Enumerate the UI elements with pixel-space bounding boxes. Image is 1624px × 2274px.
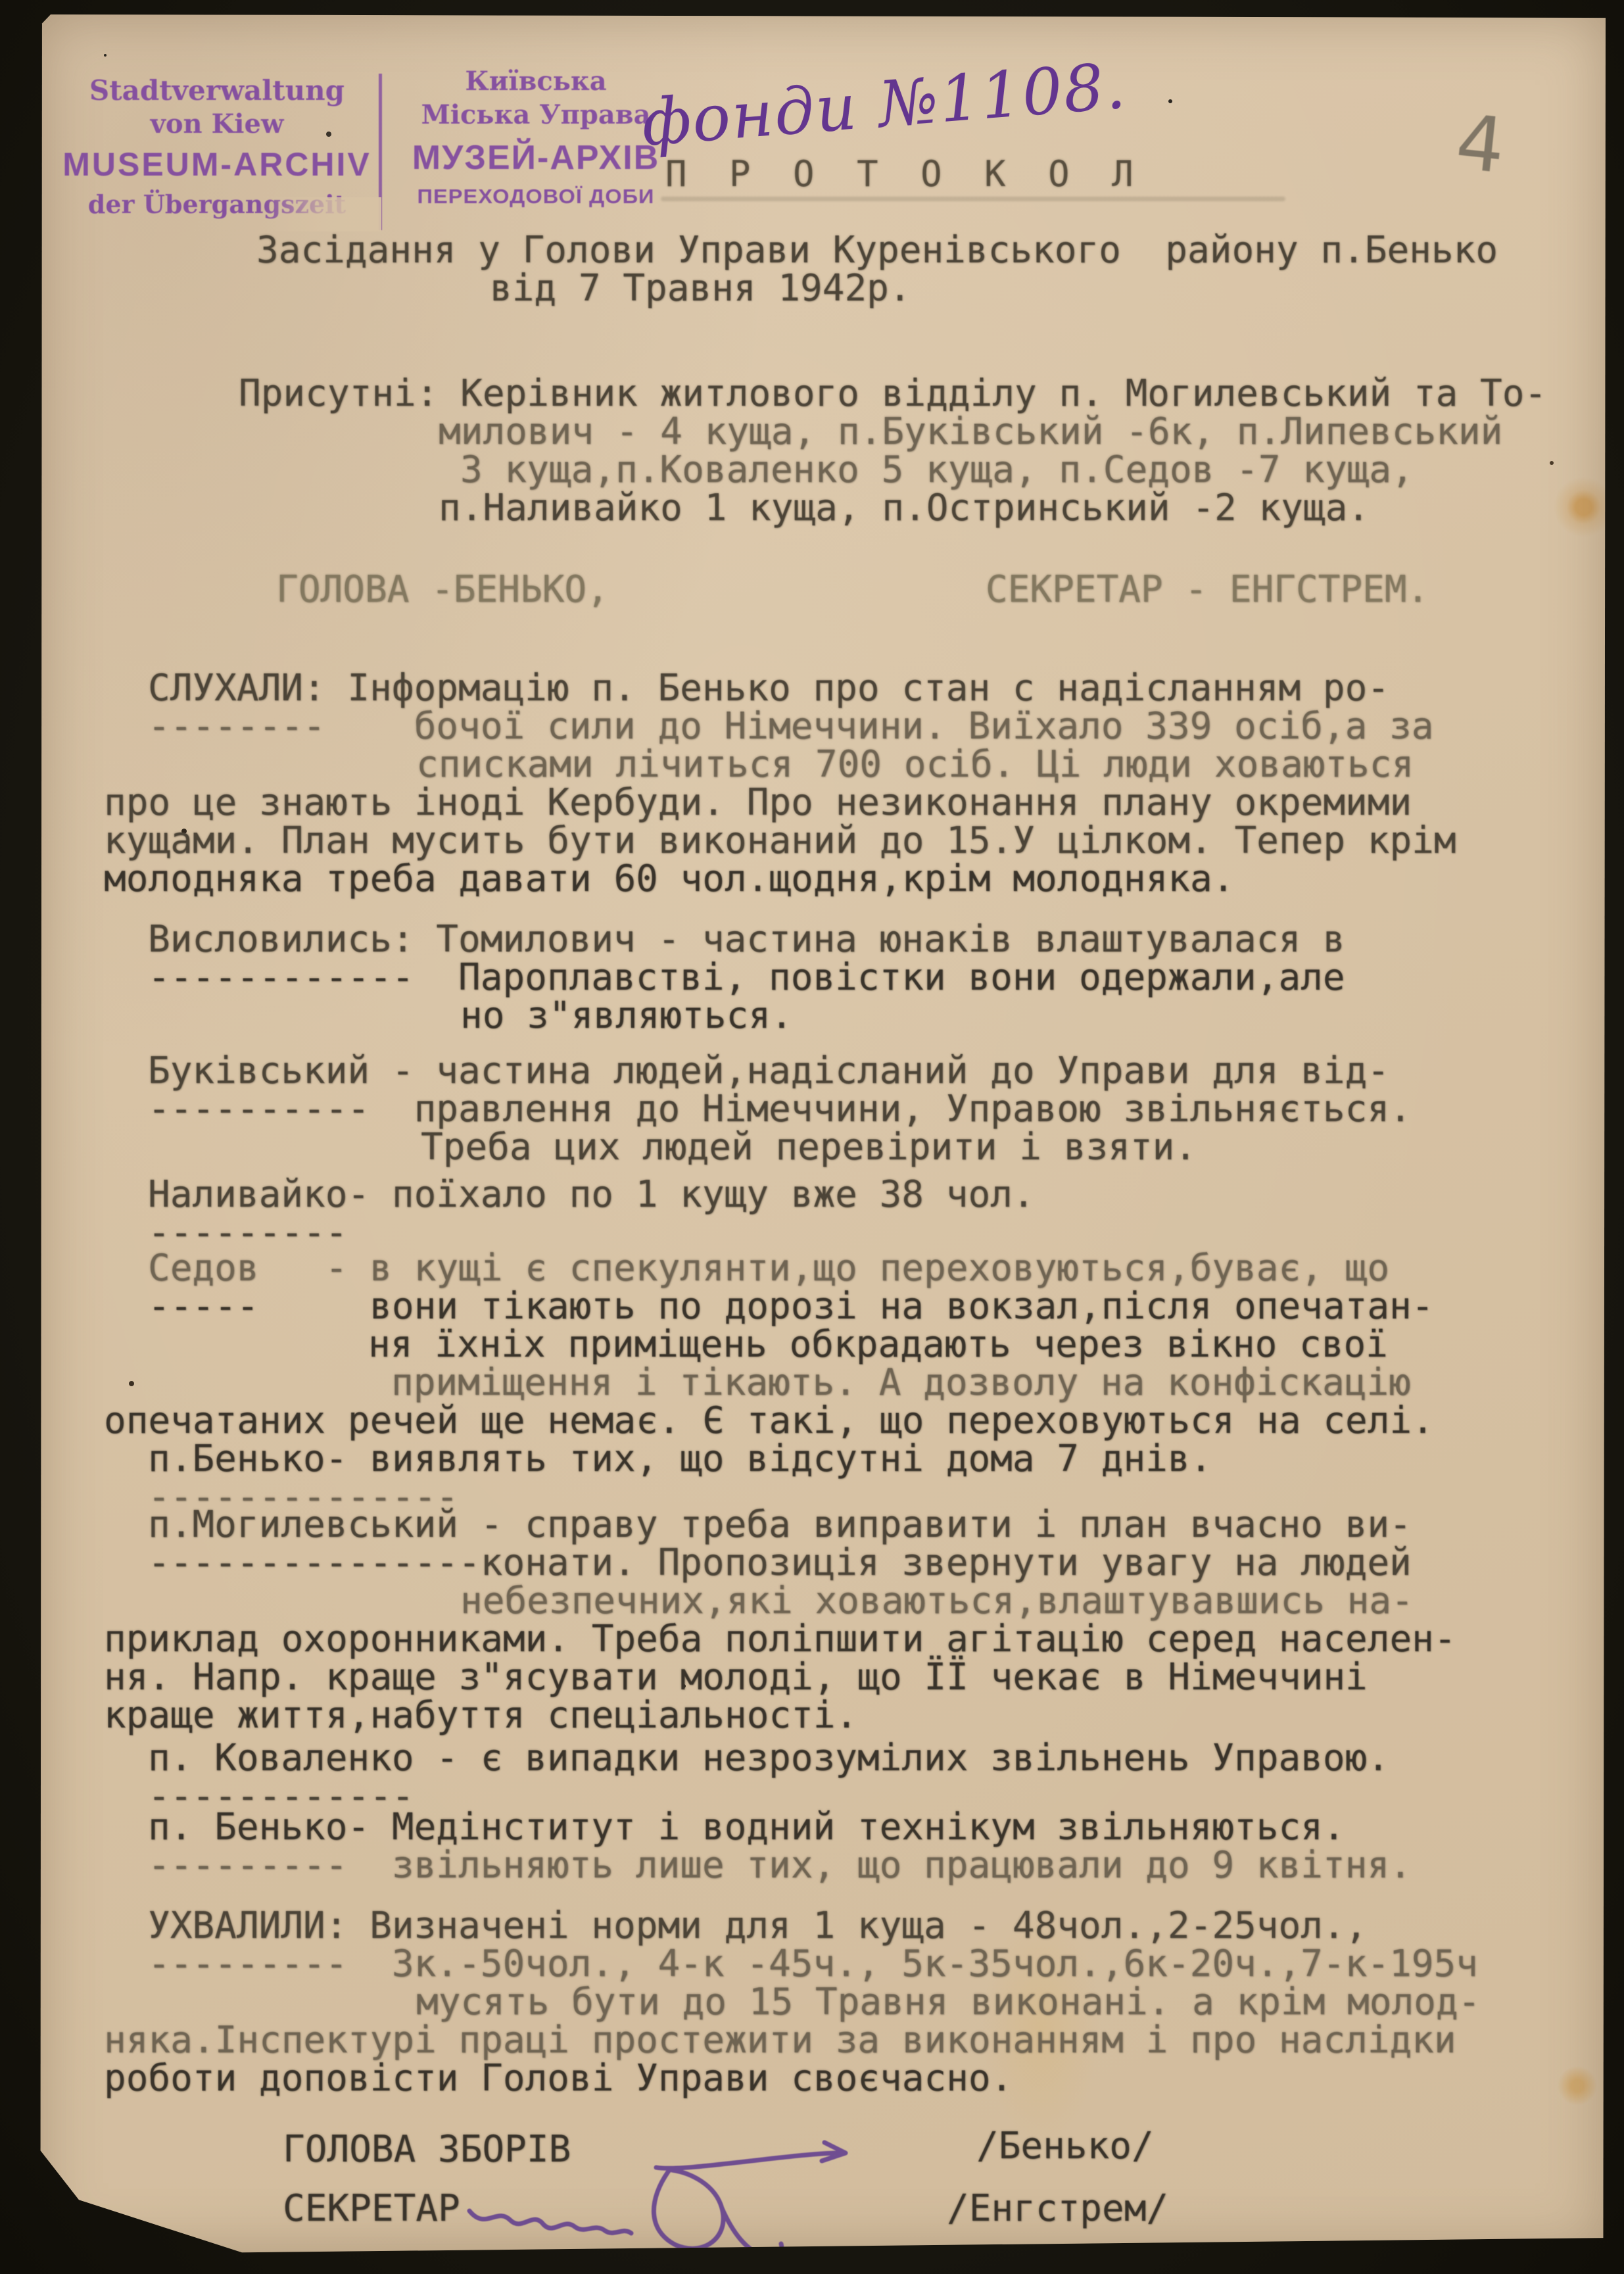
typed-line: ня. Напр. краще з"ясувати молоді, що ЇЇ … bbox=[104, 1658, 1368, 1697]
typed-line: ---------------конати. Пропозиція зверну… bbox=[148, 1544, 1412, 1582]
typed-line: Присутні: Керівник житлового відділу п. … bbox=[239, 375, 1546, 413]
typed-line: небезпечних,які ховаються,влаштувавшись … bbox=[460, 1582, 1414, 1620]
title-underline-smudge bbox=[661, 197, 1285, 201]
typed-line: ----- вони тікають по дорозі на вокзал,п… bbox=[148, 1288, 1433, 1326]
typed-line: п. Коваленко - є випадки незрозумілих зв… bbox=[148, 1739, 1389, 1778]
typed-line: УХВАЛИЛИ: Визначені норми для 1 куща - 4… bbox=[148, 1907, 1367, 1945]
typed-line: Седов - в кущі є спекулянти,що переховую… bbox=[148, 1249, 1389, 1288]
typed-line: ня їхніх приміщень обкрадають через вікн… bbox=[368, 1326, 1388, 1364]
typed-line: приклад охоронниками. Треба поліпшити аг… bbox=[104, 1620, 1456, 1658]
scanned-document-page: Stadtverwaltung von Kiew MUSEUM-ARCHIV d… bbox=[0, 0, 1624, 2274]
typed-line: Буківський - частина людей,надісланий до… bbox=[148, 1052, 1389, 1090]
typed-line: --------- звільняють лише тих, що працюв… bbox=[148, 1847, 1412, 1885]
typed-line: п.Наливайко 1 куща, п.Остринський -2 кущ… bbox=[439, 489, 1370, 527]
typed-line: СЕКРЕТАР bbox=[283, 2190, 460, 2228]
typed-line: роботи доповісти Голові Управи своєчасно… bbox=[104, 2060, 1013, 2098]
document-title: П Р О Т О К О Л bbox=[665, 155, 1144, 193]
typed-line: п.Могилевський - справу треба виправити … bbox=[148, 1506, 1412, 1544]
typed-line: /Бенько/ bbox=[976, 2127, 1154, 2165]
typed-line: Висловились: Томилович - частина юнаків … bbox=[148, 921, 1345, 959]
typed-line: кущами. План мусить бути виконаний до 15… bbox=[104, 822, 1456, 860]
typed-line: милович - 4 куща, п.Буківський -6к, п.Ли… bbox=[439, 413, 1502, 451]
typed-line: краще життя,набуття спеціальності. bbox=[104, 1697, 857, 1735]
typed-line: п.Бенько- виявлять тих, що відсутні дома… bbox=[148, 1440, 1212, 1478]
typed-line: СЛУХАЛИ: Інформацію п. Бенько про стан с… bbox=[148, 669, 1389, 708]
typed-line: -------- бочої сили до Німеччини. Виїхал… bbox=[148, 708, 1433, 746]
typed-line: 3 куща,п.Коваленко 5 куща, п.Седов -7 ку… bbox=[460, 451, 1414, 489]
typed-line: молодняка треба давати 60 чол.щодня,крім… bbox=[104, 860, 1234, 898]
typed-text-layer: П Р О Т О К О Л Засідання у Голови Управ… bbox=[0, 0, 1624, 2274]
typed-line: списками лічиться 700 осіб. Ці люди хова… bbox=[416, 746, 1414, 784]
typed-line: ГОЛОВА ЗБОРІВ bbox=[283, 2131, 571, 2169]
typed-line: но з"являються. bbox=[460, 997, 793, 1035]
typed-line: приміщення і тікають. А дозволу на конфі… bbox=[391, 1364, 1411, 1402]
typed-line: Наливайко- поїхало по 1 кущу вже 38 чол. bbox=[148, 1176, 1035, 1214]
typed-line: п. Бенько- Медінститут і водний технікум… bbox=[148, 1808, 1345, 1847]
typed-line: від 7 Травня 1942р. bbox=[490, 270, 911, 308]
typed-line: ГОЛОВА -БЕНЬКО, СЕКРЕТАР - ЕНГСТРЕМ. bbox=[276, 571, 1429, 609]
typed-line: Треба цих людей перевірити і взяти. bbox=[421, 1128, 1197, 1167]
typed-line: Засідання у Голови Управи Куренівського … bbox=[256, 231, 1498, 270]
typed-line: про це знають іноді Кербуди. Про незикон… bbox=[104, 784, 1412, 822]
typed-line: няка.Інспектурі праці простежити за вико… bbox=[104, 2021, 1456, 2060]
typed-line: мусять бути до 15 Травня виконані. а крі… bbox=[416, 1983, 1480, 2021]
typed-line: ------------ Пароплавстві, повістки вони… bbox=[148, 959, 1345, 997]
typed-line: опечатаних речей ще немає. Є такі, що пе… bbox=[104, 1402, 1434, 1440]
typed-line: ---------- правлення до Німеччини, Управ… bbox=[148, 1090, 1412, 1128]
typed-line: --------- 3к.-50чол., 4-к -45ч., 5к-35чо… bbox=[148, 1945, 1478, 1983]
typed-line: /Енгстрем/ bbox=[947, 2190, 1168, 2228]
